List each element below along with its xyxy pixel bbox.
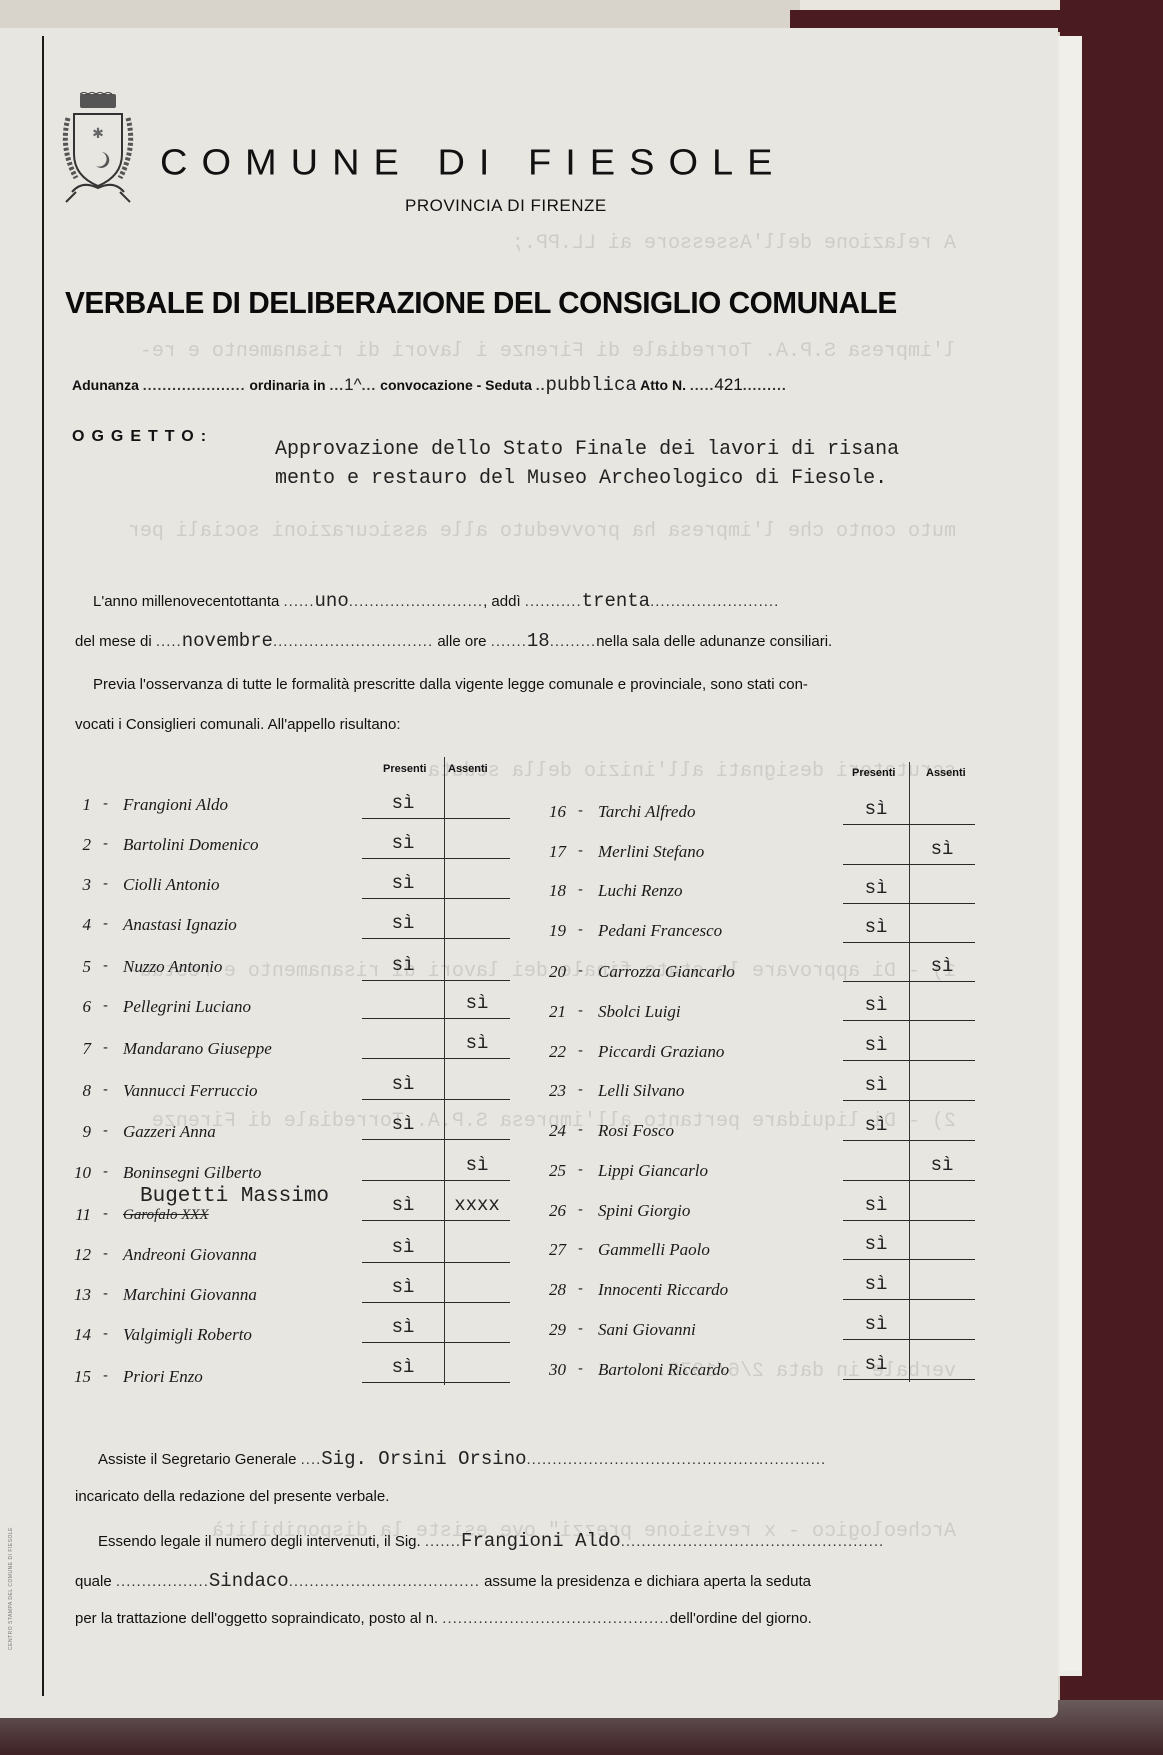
absent-cell (909, 1313, 975, 1340)
present-cell: sì (362, 1356, 444, 1383)
absent-cell (444, 832, 510, 859)
preamble-line-1: Previa l'osservanza di tutte le formalit… (93, 676, 808, 693)
essendo-label: Essendo legale il numero degli intervenu… (98, 1533, 421, 1550)
adunanza-label: Adunanza (72, 377, 139, 393)
convocazione-value: 1^ (344, 375, 361, 394)
absent-cell (909, 798, 975, 825)
present-cell: sì (362, 1073, 444, 1100)
absent-cell (909, 1114, 975, 1141)
oggetto-line-2: mento e restauro del Museo Archeologico … (275, 464, 975, 493)
absent-cell: sì (444, 1032, 510, 1059)
bleed-through-text: A relazione dell'Assessore ai LL.PP.; (40, 232, 980, 255)
oggetto-label: OGGETTO: (72, 428, 213, 446)
present-cell: sì (843, 1114, 909, 1141)
absent-cell: sì (444, 992, 510, 1019)
segretario-value: Sig. Orsini Orsino (321, 1448, 526, 1470)
ore-label: alle ore (437, 633, 486, 650)
absent-cell (444, 1356, 510, 1383)
ore-value: 18 (527, 630, 550, 652)
present-cell (843, 1154, 909, 1181)
presidente-line: Essendo legale il numero degli intervenu… (98, 1530, 884, 1552)
ordine-label: dell'ordine del giorno. (670, 1610, 812, 1627)
absent-cell (909, 1194, 975, 1221)
segretario-label: Assiste il Segretario Generale (98, 1451, 296, 1468)
absent-cell (444, 1236, 510, 1263)
absent-cell (909, 1233, 975, 1260)
seduta-value: pubblica (546, 374, 637, 396)
oggetto-text: Approvazione dello Stato Finale dei lavo… (275, 435, 975, 493)
document-title: VERBALE DI DELIBERAZIONE DEL CONSIGLIO C… (65, 285, 897, 321)
absent-cell (909, 877, 975, 904)
present-cell: sì (362, 1236, 444, 1263)
absent-cell (909, 1273, 975, 1300)
present-cell: sì (362, 1113, 444, 1140)
coat-of-arms-icon: ✱ (60, 92, 136, 204)
present-cell: sì (843, 994, 909, 1021)
bleed-through-text: l'impresa S.P.A. Torrediale di Firenze i… (40, 340, 980, 363)
municipality-title: COMUNE DI FIESOLE (160, 143, 787, 184)
absent-cell (444, 1113, 510, 1140)
present-cell (362, 1032, 444, 1059)
addi-value: trenta (582, 590, 650, 612)
quale-value: Sindaco (209, 1570, 289, 1592)
typed-replacement-name: Bugetti Massimo (140, 1185, 329, 1208)
present-cell (362, 1154, 444, 1181)
assume-label: assume la presidenza e dichiara aperta l… (484, 1573, 811, 1590)
present-cell: sì (362, 1316, 444, 1343)
present-cell: sì (843, 877, 909, 904)
oggetto-line-1: Approvazione dello Stato Finale dei lavo… (275, 435, 975, 464)
present-cell (843, 955, 909, 982)
anno-label: L'anno millenovecentottanta (93, 593, 279, 610)
present-cell: sì (843, 1313, 909, 1340)
absent-cell (909, 1074, 975, 1101)
province-subtitle: PROVINCIA DI FIRENZE (405, 196, 607, 216)
absent-cell (444, 912, 510, 939)
mese-label: del mese di (75, 633, 152, 650)
present-cell: sì (362, 912, 444, 939)
ordinaria-label: ordinaria in (249, 377, 325, 393)
absent-cell: sì (909, 1154, 975, 1181)
quale-label: quale (75, 1573, 112, 1590)
present-cell: sì (843, 916, 909, 943)
absent-cell (444, 792, 510, 819)
presidente-value: Frangioni Aldo (461, 1530, 621, 1552)
struck-name: Garofalo XXX (123, 1207, 209, 1224)
atto-label: Atto N. (640, 377, 686, 393)
absent-cell (909, 994, 975, 1021)
present-cell: sì (362, 1276, 444, 1303)
quale-line: quale ..................Sindaco.........… (75, 1570, 811, 1592)
sala-label: nella sala delle adunanze consiliari. (596, 633, 832, 650)
absent-cell (444, 1316, 510, 1343)
absent-cell (909, 1353, 975, 1380)
preamble-line-2: vocati i Consiglieri comunali. All'appel… (75, 716, 401, 733)
present-cell (362, 992, 444, 1019)
present-cell: sì (843, 1074, 909, 1101)
present-cell: sì (843, 1194, 909, 1221)
right-present-header: Presenti (852, 767, 895, 779)
left-present-header: Presenti (383, 763, 426, 775)
present-cell: sì (843, 1353, 909, 1380)
convocazione-label: convocazione - Seduta (380, 377, 532, 393)
bleed-through-text: scrutatori designati all'inizio della se… (40, 760, 980, 783)
absent-cell: sì (909, 838, 975, 865)
present-cell: sì (843, 1273, 909, 1300)
absent-cell (444, 1276, 510, 1303)
segretario-line: Assiste il Segretario Generale ....Sig. … (98, 1448, 826, 1470)
present-cell: sì (362, 832, 444, 859)
atto-number: 421 (714, 375, 742, 394)
present-cell: sì (362, 872, 444, 899)
adunanza-line: Adunanza ..................... ordinaria… (72, 374, 787, 396)
right-absent-header: Assenti (926, 767, 966, 779)
absent-cell: xxxx (444, 1194, 510, 1221)
present-cell: sì (843, 798, 909, 825)
underlying-sheet-edge (1060, 36, 1080, 1671)
bleed-through-text: muto conto che l'impresa ha provveduto a… (40, 520, 980, 543)
printer-imprint: CENTRO STAMPA DEL COMUNE DI FIESOLE (8, 1490, 28, 1650)
anno-value: uno (315, 590, 349, 612)
mese-value: novembre (182, 630, 273, 652)
present-cell: sì (843, 1233, 909, 1260)
absent-cell (444, 872, 510, 899)
present-cell: sì (362, 954, 444, 981)
absent-cell (444, 954, 510, 981)
present-cell (843, 838, 909, 865)
anno-line: L'anno millenovecentottanta ......uno...… (93, 590, 779, 612)
addi-label: , addì (483, 593, 521, 610)
trattazione-label: per la trattazione dell'oggetto sopraind… (75, 1610, 438, 1627)
incaricato-line: incaricato della redazione del presente … (75, 1488, 389, 1505)
trattazione-line: per la trattazione dell'oggetto sopraind… (75, 1610, 812, 1627)
present-cell: sì (362, 792, 444, 819)
absent-cell (444, 1073, 510, 1100)
mese-line: del mese di .....novembre...............… (75, 630, 832, 652)
absent-cell (909, 1034, 975, 1061)
absent-cell: sì (444, 1154, 510, 1181)
absent-cell: sì (909, 955, 975, 982)
svg-text:✱: ✱ (92, 125, 104, 141)
present-cell: sì (843, 1034, 909, 1061)
page-margin-rule (42, 36, 44, 1696)
left-absent-header: Assenti (448, 763, 488, 775)
present-cell: sì (362, 1194, 444, 1221)
absent-cell (909, 916, 975, 943)
